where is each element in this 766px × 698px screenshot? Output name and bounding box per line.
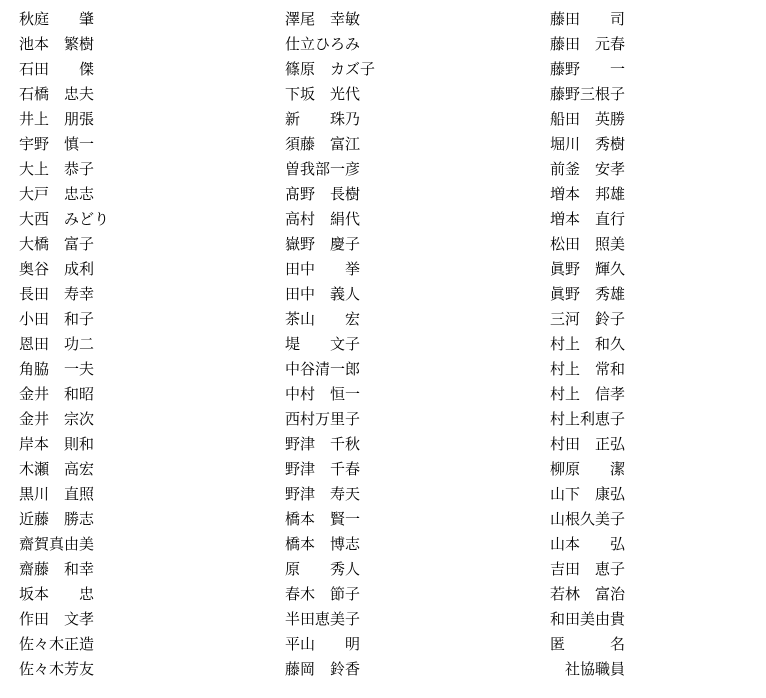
name-entry: 秋庭 肇: [19, 7, 109, 32]
name-entry: 石田 傑: [19, 57, 109, 82]
name-entry: 平山 明: [285, 632, 375, 657]
name-entry: 社協職員: [550, 657, 625, 682]
name-entry: 藤野三根子: [550, 82, 625, 107]
name-entry: 藤田 司: [550, 7, 625, 32]
name-entry: 仕立ひろみ: [285, 32, 375, 57]
name-entry: 橋本 博志: [285, 532, 375, 557]
name-entry: 宇野 慎一: [19, 132, 109, 157]
name-entry: 春木 節子: [285, 582, 375, 607]
name-entry: 村上 和久: [550, 332, 625, 357]
name-entry: 増本 直行: [550, 207, 625, 232]
name-entry: 奥谷 成利: [19, 257, 109, 282]
name-entry: 堤 文子: [285, 332, 375, 357]
name-column-1: 秋庭 肇池本 繁樹石田 傑石橋 忠夫井上 朋張宇野 慎一大上 恭子大戸 忠志大西…: [19, 7, 109, 682]
name-entry: 中谷清一郎: [285, 357, 375, 382]
name-entry: 眞野 秀雄: [550, 282, 625, 307]
name-entry: 岸本 則和: [19, 432, 109, 457]
name-entry: 田中 義人: [285, 282, 375, 307]
name-entry: 和田美由貴: [550, 607, 625, 632]
name-entry: 村上利恵子: [550, 407, 625, 432]
name-column-3: 藤田 司藤田 元春藤野 一藤野三根子船田 英勝堀川 秀樹前釜 安孝増本 邦雄増本…: [550, 7, 625, 682]
name-entry: 藤野 一: [550, 57, 625, 82]
name-entry: 吉田 恵子: [550, 557, 625, 582]
name-entry: 山本 弘: [550, 532, 625, 557]
name-column-2: 澤尾 幸敏仕立ひろみ篠原 カズ子下坂 光代新 珠乃須藤 富江曽我部一彦髙野 長樹…: [285, 7, 375, 682]
name-entry: 野津 寿天: [285, 482, 375, 507]
name-entry: 角脇 一夫: [19, 357, 109, 382]
name-entry: 齋藤 和幸: [19, 557, 109, 582]
name-entry: 三河 鈴子: [550, 307, 625, 332]
name-entry: 木瀬 高宏: [19, 457, 109, 482]
name-entry: 石橋 忠夫: [19, 82, 109, 107]
name-entry: 高村 絹代: [285, 207, 375, 232]
name-entry: 嶽野 慶子: [285, 232, 375, 257]
name-entry: 恩田 功二: [19, 332, 109, 357]
name-entry: 大橋 富子: [19, 232, 109, 257]
name-entry: 茶山 宏: [285, 307, 375, 332]
name-entry: 藤岡 鈴香: [285, 657, 375, 682]
name-entry: 下坂 光代: [285, 82, 375, 107]
name-entry: 村田 正弘: [550, 432, 625, 457]
name-entry: 匿 名: [550, 632, 625, 657]
name-entry: 黒川 直照: [19, 482, 109, 507]
name-entry: 若林 富治: [550, 582, 625, 607]
name-entry: 坂本 忠: [19, 582, 109, 607]
name-entry: 山根久美子: [550, 507, 625, 532]
name-entry: 村上 常和: [550, 357, 625, 382]
name-entry: 澤尾 幸敏: [285, 7, 375, 32]
name-entry: 近藤 勝志: [19, 507, 109, 532]
name-entry: 柳原 潔: [550, 457, 625, 482]
name-entry: 池本 繁樹: [19, 32, 109, 57]
name-entry: 曽我部一彦: [285, 157, 375, 182]
name-entry: 新 珠乃: [285, 107, 375, 132]
name-entry: 山下 康弘: [550, 482, 625, 507]
name-entry: 半田恵美子: [285, 607, 375, 632]
name-entry: 中村 恒一: [285, 382, 375, 407]
name-entry: 西村万里子: [285, 407, 375, 432]
name-entry: 野津 千秋: [285, 432, 375, 457]
name-entry: 野津 千春: [285, 457, 375, 482]
name-entry: 髙野 長樹: [285, 182, 375, 207]
name-entry: 田中 挙: [285, 257, 375, 282]
name-entry: 小田 和子: [19, 307, 109, 332]
name-entry: 齋賀真由美: [19, 532, 109, 557]
name-entry: 大上 恭子: [19, 157, 109, 182]
name-entry: 増本 邦雄: [550, 182, 625, 207]
name-entry: 須藤 富江: [285, 132, 375, 157]
name-entry: 原 秀人: [285, 557, 375, 582]
name-entry: 橋本 賢一: [285, 507, 375, 532]
name-entry: 村上 信孝: [550, 382, 625, 407]
name-entry: 佐々木正造: [19, 632, 109, 657]
name-entry: 佐々木芳友: [19, 657, 109, 682]
name-entry: 作田 文孝: [19, 607, 109, 632]
name-entry: 船田 英勝: [550, 107, 625, 132]
name-entry: 大戸 忠志: [19, 182, 109, 207]
name-entry: 大西 みどり: [19, 207, 109, 232]
name-entry: 長田 寿幸: [19, 282, 109, 307]
name-entry: 藤田 元春: [550, 32, 625, 57]
name-entry: 金井 宗次: [19, 407, 109, 432]
name-entry: 眞野 輝久: [550, 257, 625, 282]
name-entry: 堀川 秀樹: [550, 132, 625, 157]
name-entry: 井上 朋張: [19, 107, 109, 132]
name-entry: 金井 和昭: [19, 382, 109, 407]
name-entry: 篠原 カズ子: [285, 57, 375, 82]
name-entry: 前釜 安孝: [550, 157, 625, 182]
name-entry: 松田 照美: [550, 232, 625, 257]
